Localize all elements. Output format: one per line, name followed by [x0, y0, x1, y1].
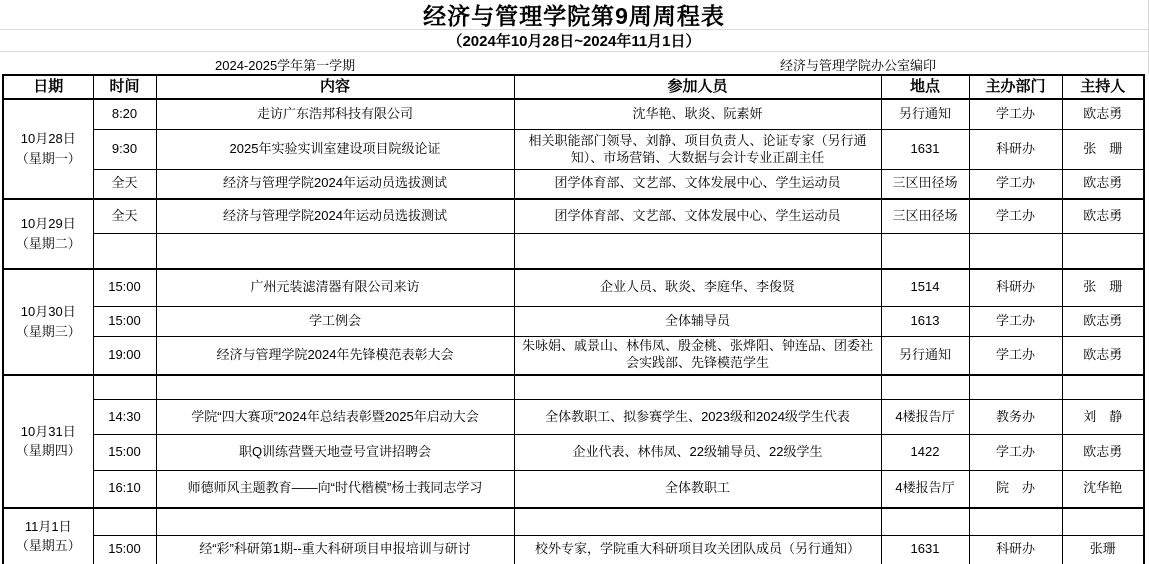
time-cell: 15:00 [93, 269, 156, 307]
content-cell: 2025年实验实训室建设项目院级论证 [156, 130, 514, 170]
participants-cell: 相关职能部门领导、刘静、项目负责人、论证专家（另行通知）、市场营销、大数据与会计… [514, 130, 881, 170]
date-cell: 10月29日（星期二） [3, 199, 93, 269]
date-text: （星期三） [8, 322, 89, 342]
host-cell [1062, 508, 1144, 536]
content-cell [156, 508, 514, 536]
content-cell: 广州元装滤清器有限公司来访 [156, 269, 514, 307]
weekly-schedule-page: 经济与管理学院第9周周程表 （2024年10月28日~2024年11月1日） 2… [0, 0, 1149, 564]
title-row: 经济与管理学院第9周周程表 [0, 0, 1149, 30]
host-cell: 张珊 [1062, 536, 1144, 564]
location-cell [881, 375, 969, 400]
host-cell: 欧志勇 [1062, 99, 1144, 130]
schedule-row: 10月31日（星期四） [3, 375, 1144, 400]
content-cell: 走访广东浩邦科技有限公司 [156, 99, 514, 130]
host-cell: 沈华艳 [1062, 471, 1144, 508]
location-cell: 1613 [881, 307, 969, 337]
time-cell [93, 375, 156, 400]
schedule-row: 10月29日（星期二）全天经济与管理学院2024年运动员选拔测试团学体育部、文艺… [3, 199, 1144, 234]
schedule-row: 15:00职Q训练营暨天地壹号宣讲招聘会企业代表、林伟凤、22级辅导员、22级学… [3, 435, 1144, 471]
content-cell: 学院“四大赛项”2024年总结表彰暨2025年启动大会 [156, 400, 514, 435]
participants-cell: 沈华艳、耿炎、阮素妍 [514, 99, 881, 130]
content-cell: 学工例会 [156, 307, 514, 337]
time-cell: 15:00 [93, 307, 156, 337]
host-cell: 欧志勇 [1062, 435, 1144, 471]
host-cell: 欧志勇 [1062, 337, 1144, 375]
host-cell [1062, 375, 1144, 400]
semester-label: 2024-2025学年第一学期 [215, 55, 355, 74]
location-cell: 1631 [881, 130, 969, 170]
department-cell: 学工办 [969, 199, 1062, 234]
header-participants: 参加人员 [514, 75, 881, 99]
subtitle-row: （2024年10月28日~2024年11月1日） [0, 30, 1149, 52]
schedule-row: 15:00经“彩”科研第1期--重大科研项目申报培训与研讨校外专家，学院重大科研… [3, 536, 1144, 564]
host-cell: 欧志勇 [1062, 199, 1144, 234]
schedule-row [3, 234, 1144, 269]
location-cell: 另行通知 [881, 99, 969, 130]
schedule-row: 10月28日（星期一）8:20走访广东浩邦科技有限公司沈华艳、耿炎、阮素妍另行通… [3, 99, 1144, 130]
location-cell: 1422 [881, 435, 969, 471]
content-cell: 职Q训练营暨天地壹号宣讲招聘会 [156, 435, 514, 471]
participants-cell [514, 375, 881, 400]
schedule-row: 11月1日（星期五） [3, 508, 1144, 536]
time-cell: 全天 [93, 199, 156, 234]
participants-cell: 校外专家，学院重大科研项目攻关团队成员（另行通知） [514, 536, 881, 564]
host-cell: 欧志勇 [1062, 307, 1144, 337]
department-cell: 学工办 [969, 435, 1062, 471]
content-cell: 经“彩”科研第1期--重大科研项目申报培训与研讨 [156, 536, 514, 564]
time-cell: 15:00 [93, 435, 156, 471]
header-date: 日期 [3, 75, 93, 99]
schedule-row: 14:30学院“四大赛项”2024年总结表彰暨2025年启动大会全体教职工、拟参… [3, 400, 1144, 435]
date-text: 10月30日 [8, 302, 89, 322]
schedule-row: 16:10师德师风主题教育——向“时代楷模”杨士莪同志学习全体教职工4楼报告厅院… [3, 471, 1144, 508]
time-cell: 16:10 [93, 471, 156, 508]
location-cell [881, 508, 969, 536]
participants-cell [514, 508, 881, 536]
date-text: （星期五） [8, 536, 89, 556]
time-cell: 15:00 [93, 536, 156, 564]
time-cell: 9:30 [93, 130, 156, 170]
date-cell: 11月1日（星期五） [3, 508, 93, 564]
participants-cell: 团学体育部、文艺部、文体发展中心、学生运动员 [514, 199, 881, 234]
content-cell: 师德师风主题教育——向“时代楷模”杨士莪同志学习 [156, 471, 514, 508]
header-time: 时间 [93, 75, 156, 99]
participants-cell: 全体辅导员 [514, 307, 881, 337]
location-cell: 三区田径场 [881, 199, 969, 234]
date-text: 10月29日 [8, 214, 89, 234]
header-location: 地点 [881, 75, 969, 99]
host-cell: 刘 静 [1062, 400, 1144, 435]
location-cell: 另行通知 [881, 337, 969, 375]
host-cell [1062, 234, 1144, 269]
date-text: 11月1日 [8, 517, 89, 537]
participants-cell: 企业代表、林伟凤、22级辅导员、22级学生 [514, 435, 881, 471]
department-cell [969, 508, 1062, 536]
location-cell: 三区田径场 [881, 170, 969, 199]
department-cell [969, 375, 1062, 400]
header-content: 内容 [156, 75, 514, 99]
host-cell: 张 珊 [1062, 269, 1144, 307]
schedule-row: 15:00学工例会全体辅导员1613学工办欧志勇 [3, 307, 1144, 337]
schedule-row: 19:00经济与管理学院2024年先锋模范表彰大会朱咏娟、戚景山、林伟凤、殷金桃… [3, 337, 1144, 375]
location-cell: 4楼报告厅 [881, 400, 969, 435]
host-cell: 欧志勇 [1062, 170, 1144, 199]
date-cell: 10月30日（星期三） [3, 269, 93, 375]
date-text: （星期四） [8, 441, 89, 461]
content-cell: 经济与管理学院2024年运动员选拔测试 [156, 170, 514, 199]
department-cell: 学工办 [969, 170, 1062, 199]
host-cell: 张 珊 [1062, 130, 1144, 170]
participants-cell: 全体教职工 [514, 471, 881, 508]
department-cell: 学工办 [969, 307, 1062, 337]
location-cell: 1514 [881, 269, 969, 307]
content-cell [156, 375, 514, 400]
time-cell [93, 508, 156, 536]
department-cell: 院 办 [969, 471, 1062, 508]
department-cell: 科研办 [969, 536, 1062, 564]
location-cell [881, 234, 969, 269]
header-department: 主办部门 [969, 75, 1062, 99]
location-cell: 1631 [881, 536, 969, 564]
content-cell: 经济与管理学院2024年运动员选拔测试 [156, 199, 514, 234]
participants-cell [514, 234, 881, 269]
date-text: 10月31日 [8, 422, 89, 442]
department-cell: 教务办 [969, 400, 1062, 435]
content-cell: 经济与管理学院2024年先锋模范表彰大会 [156, 337, 514, 375]
time-cell [93, 234, 156, 269]
schedule-table: 日期时间内容参加人员地点主办部门主持人 10月28日（星期一）8:20走访广东浩… [2, 74, 1145, 564]
department-cell [969, 234, 1062, 269]
publisher-label: 经济与管理学院办公室编印 [780, 55, 936, 74]
schedule-row: 10月30日（星期三）15:00广州元装滤清器有限公司来访企业人员、耿炎、李庭华… [3, 269, 1144, 307]
schedule-row: 9:302025年实验实训室建设项目院级论证相关职能部门领导、刘静、项目负责人、… [3, 130, 1144, 170]
time-cell: 全天 [93, 170, 156, 199]
participants-cell: 朱咏娟、戚景山、林伟凤、殷金桃、张烨阳、钟连品、团委社会实践部、先锋模范学生 [514, 337, 881, 375]
department-cell: 学工办 [969, 99, 1062, 130]
participants-cell: 企业人员、耿炎、李庭华、李俊贤 [514, 269, 881, 307]
location-cell: 4楼报告厅 [881, 471, 969, 508]
info-row: 2024-2025学年第一学期 经济与管理学院办公室编印 [0, 52, 1149, 74]
date-text: （星期一） [8, 149, 89, 169]
content-cell [156, 234, 514, 269]
time-cell: 19:00 [93, 337, 156, 375]
time-cell: 14:30 [93, 400, 156, 435]
page-title: 经济与管理学院第9周周程表 [423, 0, 725, 31]
date-cell: 10月28日（星期一） [3, 99, 93, 199]
date-text: 10月28日 [8, 129, 89, 149]
table-header-row: 日期时间内容参加人员地点主办部门主持人 [3, 75, 1144, 99]
department-cell: 科研办 [969, 130, 1062, 170]
participants-cell: 团学体育部、文艺部、文体发展中心、学生运动员 [514, 170, 881, 199]
header-host: 主持人 [1062, 75, 1144, 99]
department-cell: 学工办 [969, 337, 1062, 375]
participants-cell: 全体教职工、拟参赛学生、2023级和2024级学生代表 [514, 400, 881, 435]
department-cell: 科研办 [969, 269, 1062, 307]
time-cell: 8:20 [93, 99, 156, 130]
date-cell: 10月31日（星期四） [3, 375, 93, 508]
page-subtitle: （2024年10月28日~2024年11月1日） [447, 30, 700, 51]
schedule-row: 全天经济与管理学院2024年运动员选拔测试团学体育部、文艺部、文体发展中心、学生… [3, 170, 1144, 199]
date-text: （星期二） [8, 234, 89, 254]
